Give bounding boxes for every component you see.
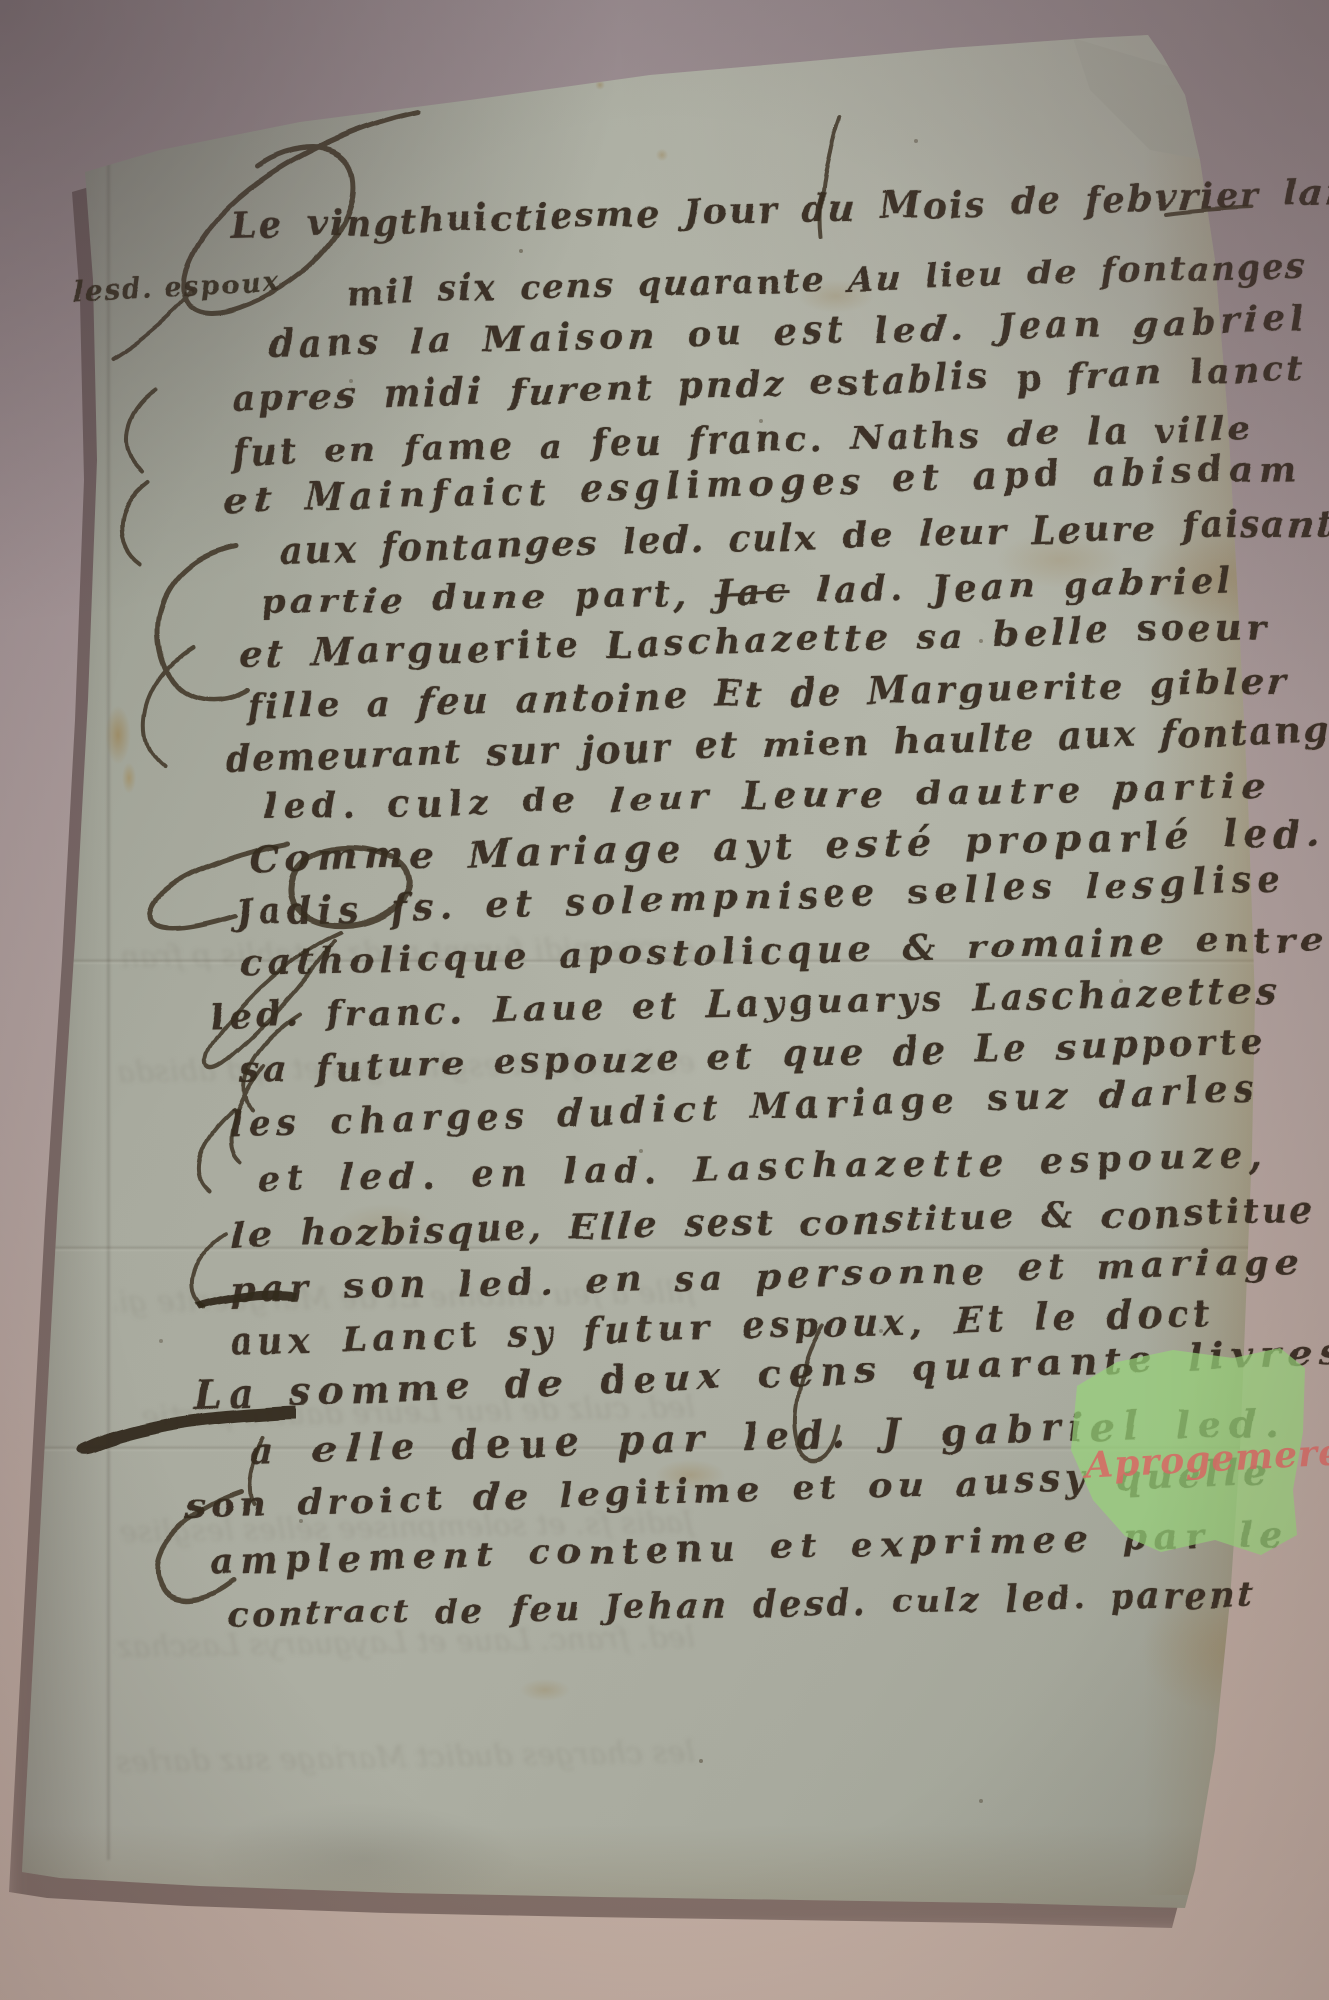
photo-background: apres midi furent pndz establis p fran l…	[0, 0, 1329, 2000]
line-segment: lad. Jean gabriel	[790, 560, 1234, 612]
manuscript-text-layer: lesd. espoux Le vingthuictiesme Jour du …	[0, 0, 1329, 2000]
struck-word: Jac	[716, 570, 791, 614]
margin-note: lesd. espoux	[71, 267, 282, 309]
ink-layer: lesd. espoux Le vingthuictiesme Jour du …	[0, 0, 1329, 2000]
manuscript-line-1: Le vingthuictiesme Jour du Mois de febvr…	[229, 171, 1329, 248]
manuscript-line-19: et led. en lad. Laschazette espouze,	[257, 1134, 1269, 1201]
manuscript-line-27: contract de feu Jehan desd. culz led. pa…	[228, 1574, 1256, 1636]
line-segment: partie dune part,	[262, 572, 717, 624]
